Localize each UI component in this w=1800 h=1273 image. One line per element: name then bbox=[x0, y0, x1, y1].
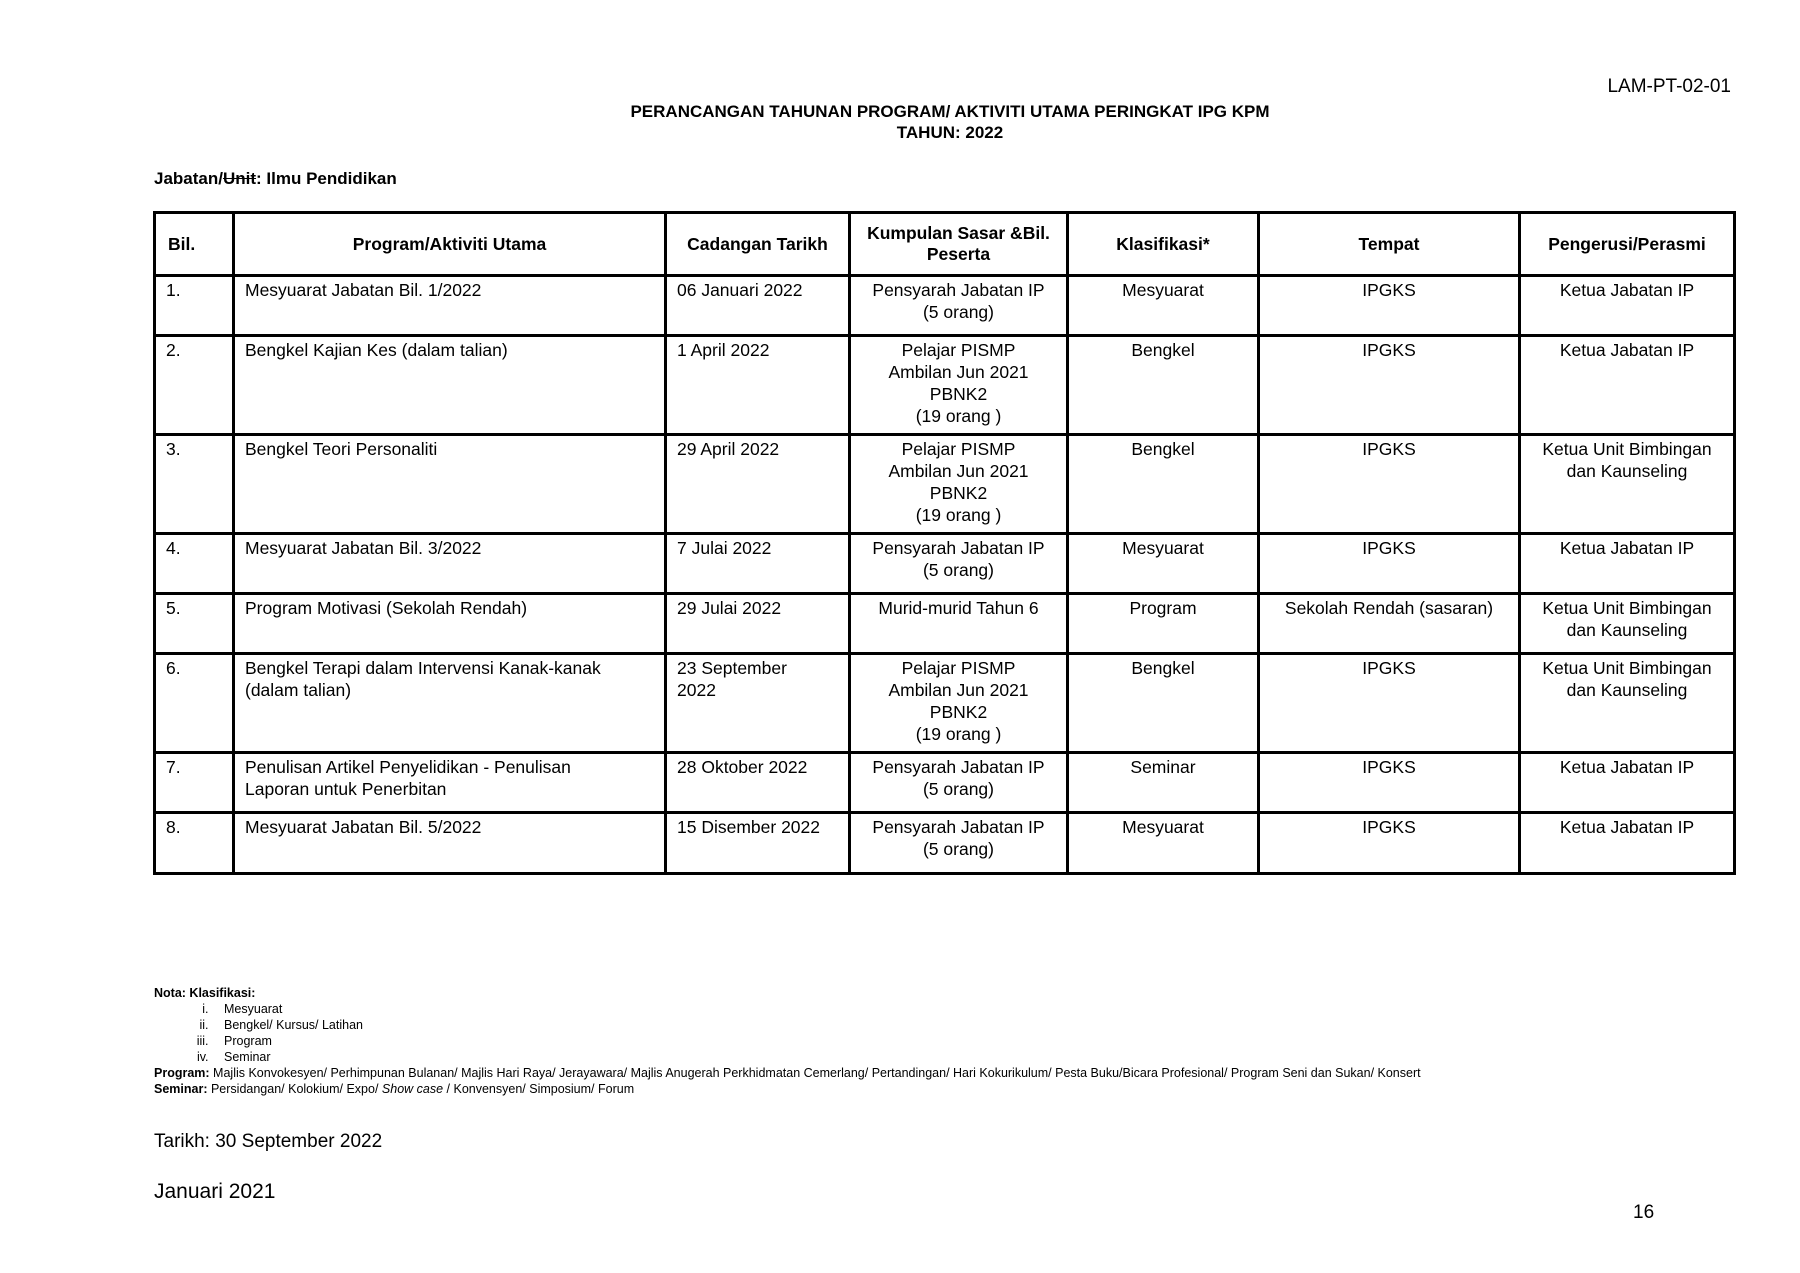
cell-line: Bengkel Teori Personaliti bbox=[245, 438, 654, 460]
cell-bil: 3. bbox=[155, 435, 234, 534]
cell-line: Pelajar PISMP bbox=[861, 339, 1056, 361]
cell-tarikh: 29 April 2022 bbox=[666, 435, 850, 534]
table-row: 8.Mesyuarat Jabatan Bil. 5/202215 Disemb… bbox=[155, 813, 1735, 874]
cell-program: Mesyuarat Jabatan Bil. 5/2022 bbox=[234, 813, 666, 874]
cell-line: (19 orang ) bbox=[861, 504, 1056, 526]
program-plan-table: Bil.Program/Aktiviti UtamaCadangan Tarik… bbox=[153, 211, 1736, 875]
cell-line: Program Motivasi (Sekolah Rendah) bbox=[245, 597, 654, 619]
cell-line: Bengkel Terapi dalam Intervensi Kanak-ka… bbox=[245, 657, 654, 679]
header-col-bil: Bil. bbox=[155, 213, 234, 276]
program-note: Program: Majlis Konvokesyen/ Perhimpunan… bbox=[154, 1065, 1421, 1081]
seminar-note-text-1: Persidangan/ Kolokium/ Expo/ bbox=[208, 1082, 382, 1096]
cell-bil: 5. bbox=[155, 594, 234, 654]
cell-pengerusi: Ketua Unit Bimbingandan Kaunseling bbox=[1520, 435, 1735, 534]
cell-line: 28 Oktober 2022 bbox=[677, 756, 838, 778]
cell-line: 2022 bbox=[677, 679, 838, 701]
cell-sasar: Pensyarah Jabatan IP(5 orang) bbox=[850, 753, 1068, 813]
cell-line: Ketua Unit Bimbingan bbox=[1531, 597, 1723, 619]
cell-klasifikasi: Mesyuarat bbox=[1068, 813, 1259, 874]
cell-line: Murid-murid Tahun 6 bbox=[861, 597, 1056, 619]
header-col-tarikh: Cadangan Tarikh bbox=[666, 213, 850, 276]
cell-program: Mesyuarat Jabatan Bil. 3/2022 bbox=[234, 534, 666, 594]
cell-klasifikasi: Bengkel bbox=[1068, 654, 1259, 753]
cell-line: Ketua Jabatan IP bbox=[1531, 279, 1723, 301]
cell-pengerusi: Ketua Jabatan IP bbox=[1520, 813, 1735, 874]
cell-sasar: Pelajar PISMPAmbilan Jun 2021PBNK2(19 or… bbox=[850, 336, 1068, 435]
cell-line: Ketua Jabatan IP bbox=[1531, 816, 1723, 838]
notes-section: Nota: Klasifikasi: MesyuaratBengkel/ Kur… bbox=[154, 985, 1421, 1097]
cell-line: 23 September bbox=[677, 657, 838, 679]
cell-line: 29 Julai 2022 bbox=[677, 597, 838, 619]
cell-sasar: Pensyarah Jabatan IP(5 orang) bbox=[850, 276, 1068, 336]
document-date: Tarikh: 30 September 2022 bbox=[154, 1131, 382, 1153]
cell-line: Bengkel Kajian Kes (dalam talian) bbox=[245, 339, 654, 361]
cell-line: Mesyuarat Jabatan Bil. 3/2022 bbox=[245, 537, 654, 559]
cell-line: (5 orang) bbox=[861, 778, 1056, 800]
seminar-note-italic: Show case bbox=[382, 1082, 443, 1096]
header-line: Kumpulan Sasar & bbox=[867, 223, 1023, 243]
cell-line: Ambilan Jun 2021 bbox=[861, 361, 1056, 383]
classification-list: MesyuaratBengkel/ Kursus/ LatihanProgram… bbox=[154, 1001, 1421, 1065]
classification-item: Bengkel/ Kursus/ Latihan bbox=[212, 1017, 1421, 1033]
cell-line: Ambilan Jun 2021 bbox=[861, 679, 1056, 701]
header-col-sasar: Kumpulan Sasar &Bil. Peserta bbox=[850, 213, 1068, 276]
table-row: 7.Penulisan Artikel Penyelidikan - Penul… bbox=[155, 753, 1735, 813]
cell-sasar: Pensyarah Jabatan IP(5 orang) bbox=[850, 534, 1068, 594]
cell-line: (dalam talian) bbox=[245, 679, 654, 701]
cell-klasifikasi: Bengkel bbox=[1068, 336, 1259, 435]
cell-line: (5 orang) bbox=[861, 301, 1056, 323]
cell-line: Laporan untuk Penerbitan bbox=[245, 778, 654, 800]
table-row: 3.Bengkel Teori Personaliti29 April 2022… bbox=[155, 435, 1735, 534]
cell-tarikh: 29 Julai 2022 bbox=[666, 594, 850, 654]
department-label-struck: Unit bbox=[223, 169, 256, 188]
seminar-note-text-2: / Konvensyen/ Simposium/ Forum bbox=[443, 1082, 634, 1096]
cell-tempat: IPGKS bbox=[1259, 276, 1520, 336]
footer-revision-date: Januari 2021 bbox=[154, 1180, 275, 1204]
cell-line: Pensyarah Jabatan IP bbox=[861, 279, 1056, 301]
cell-klasifikasi: Program bbox=[1068, 594, 1259, 654]
cell-program: Mesyuarat Jabatan Bil. 1/2022 bbox=[234, 276, 666, 336]
cell-bil: 1. bbox=[155, 276, 234, 336]
cell-line: dan Kaunseling bbox=[1531, 460, 1723, 482]
cell-line: 06 Januari 2022 bbox=[677, 279, 838, 301]
cell-pengerusi: Ketua Jabatan IP bbox=[1520, 534, 1735, 594]
cell-sasar: Pelajar PISMPAmbilan Jun 2021PBNK2(19 or… bbox=[850, 435, 1068, 534]
cell-klasifikasi: Bengkel bbox=[1068, 435, 1259, 534]
cell-klasifikasi: Seminar bbox=[1068, 753, 1259, 813]
cell-bil: 8. bbox=[155, 813, 234, 874]
cell-bil: 2. bbox=[155, 336, 234, 435]
cell-line: Mesyuarat Jabatan Bil. 5/2022 bbox=[245, 816, 654, 838]
cell-program: Bengkel Kajian Kes (dalam talian) bbox=[234, 336, 666, 435]
cell-line: 15 Disember 2022 bbox=[677, 816, 838, 838]
cell-sasar: Pelajar PISMPAmbilan Jun 2021PBNK2(19 or… bbox=[850, 654, 1068, 753]
cell-line: Ketua Jabatan IP bbox=[1531, 756, 1723, 778]
cell-program: Bengkel Terapi dalam Intervensi Kanak-ka… bbox=[234, 654, 666, 753]
cell-tempat: IPGKS bbox=[1259, 435, 1520, 534]
cell-line: 7 Julai 2022 bbox=[677, 537, 838, 559]
cell-line: 1 April 2022 bbox=[677, 339, 838, 361]
page-title: PERANCANGAN TAHUNAN PROGRAM/ AKTIVITI UT… bbox=[0, 102, 1800, 122]
cell-line: (5 orang) bbox=[861, 559, 1056, 581]
classification-item: Mesyuarat bbox=[212, 1001, 1421, 1017]
cell-tempat: IPGKS bbox=[1259, 654, 1520, 753]
cell-tempat: IPGKS bbox=[1259, 753, 1520, 813]
header-col-tempat: Tempat bbox=[1259, 213, 1520, 276]
cell-line: PBNK2 bbox=[861, 482, 1056, 504]
cell-line: dan Kaunseling bbox=[1531, 619, 1723, 641]
cell-line: Pelajar PISMP bbox=[861, 657, 1056, 679]
cell-line: dan Kaunseling bbox=[1531, 679, 1723, 701]
header-col-pengerusi: Pengerusi/Perasmi bbox=[1520, 213, 1735, 276]
cell-sasar: Murid-murid Tahun 6 bbox=[850, 594, 1068, 654]
cell-tarikh: 23 September2022 bbox=[666, 654, 850, 753]
cell-line: 29 April 2022 bbox=[677, 438, 838, 460]
cell-line: Pensyarah Jabatan IP bbox=[861, 816, 1056, 838]
cell-line: Ketua Unit Bimbingan bbox=[1531, 657, 1723, 679]
cell-program: Program Motivasi (Sekolah Rendah) bbox=[234, 594, 666, 654]
cell-klasifikasi: Mesyuarat bbox=[1068, 276, 1259, 336]
document-code: LAM-PT-02-01 bbox=[0, 76, 1731, 98]
cell-tarikh: 06 Januari 2022 bbox=[666, 276, 850, 336]
cell-bil: 7. bbox=[155, 753, 234, 813]
cell-sasar: Pensyarah Jabatan IP(5 orang) bbox=[850, 813, 1068, 874]
table-row: 1.Mesyuarat Jabatan Bil. 1/202206 Januar… bbox=[155, 276, 1735, 336]
header-col-program: Program/Aktiviti Utama bbox=[234, 213, 666, 276]
header-col-klasifikasi: Klasifikasi* bbox=[1068, 213, 1259, 276]
program-note-text: Majlis Konvokesyen/ Perhimpunan Bulanan/… bbox=[210, 1066, 1421, 1080]
cell-line: Mesyuarat Jabatan Bil. 1/2022 bbox=[245, 279, 654, 301]
cell-bil: 6. bbox=[155, 654, 234, 753]
cell-line: PBNK2 bbox=[861, 701, 1056, 723]
cell-tempat: Sekolah Rendah (sasaran) bbox=[1259, 594, 1520, 654]
table-row: 2.Bengkel Kajian Kes (dalam talian)1 Apr… bbox=[155, 336, 1735, 435]
classification-item: Program bbox=[212, 1033, 1421, 1049]
department-line: Jabatan/Unit: Ilmu Pendidikan bbox=[154, 169, 397, 189]
cell-pengerusi: Ketua Jabatan IP bbox=[1520, 336, 1735, 435]
cell-line: Pelajar PISMP bbox=[861, 438, 1056, 460]
cell-tarikh: 7 Julai 2022 bbox=[666, 534, 850, 594]
cell-line: Penulisan Artikel Penyelidikan - Penulis… bbox=[245, 756, 654, 778]
cell-tarikh: 28 Oktober 2022 bbox=[666, 753, 850, 813]
cell-program: Bengkel Teori Personaliti bbox=[234, 435, 666, 534]
cell-pengerusi: Ketua Jabatan IP bbox=[1520, 753, 1735, 813]
program-note-label: Program: bbox=[154, 1066, 210, 1080]
cell-line: Ketua Jabatan IP bbox=[1531, 339, 1723, 361]
cell-line: Ketua Jabatan IP bbox=[1531, 537, 1723, 559]
table-row: 6.Bengkel Terapi dalam Intervensi Kanak-… bbox=[155, 654, 1735, 753]
department-label-prefix: Jabatan/ bbox=[154, 169, 223, 188]
cell-line: Ambilan Jun 2021 bbox=[861, 460, 1056, 482]
page-subtitle-year: TAHUN: 2022 bbox=[0, 123, 1800, 143]
cell-line: Pensyarah Jabatan IP bbox=[861, 756, 1056, 778]
cell-line: (5 orang) bbox=[861, 838, 1056, 860]
table-row: 5.Program Motivasi (Sekolah Rendah)29 Ju… bbox=[155, 594, 1735, 654]
cell-tarikh: 15 Disember 2022 bbox=[666, 813, 850, 874]
cell-line: Ketua Unit Bimbingan bbox=[1531, 438, 1723, 460]
cell-pengerusi: Ketua Jabatan IP bbox=[1520, 276, 1735, 336]
cell-bil: 4. bbox=[155, 534, 234, 594]
seminar-note-label: Seminar: bbox=[154, 1082, 208, 1096]
page-number: 16 bbox=[1633, 1202, 1654, 1224]
cell-program: Penulisan Artikel Penyelidikan - Penulis… bbox=[234, 753, 666, 813]
cell-klasifikasi: Mesyuarat bbox=[1068, 534, 1259, 594]
cell-line: (19 orang ) bbox=[861, 723, 1056, 745]
department-label-suffix: : Ilmu Pendidikan bbox=[256, 169, 397, 188]
cell-tarikh: 1 April 2022 bbox=[666, 336, 850, 435]
cell-line: PBNK2 bbox=[861, 383, 1056, 405]
table-row: 4.Mesyuarat Jabatan Bil. 3/20227 Julai 2… bbox=[155, 534, 1735, 594]
cell-pengerusi: Ketua Unit Bimbingandan Kaunseling bbox=[1520, 594, 1735, 654]
table-header-row: Bil.Program/Aktiviti UtamaCadangan Tarik… bbox=[155, 213, 1735, 276]
cell-line: (19 orang ) bbox=[861, 405, 1056, 427]
cell-tempat: IPGKS bbox=[1259, 813, 1520, 874]
cell-tempat: IPGKS bbox=[1259, 336, 1520, 435]
notes-title: Nota: Klasifikasi: bbox=[154, 985, 1421, 1001]
classification-item: Seminar bbox=[212, 1049, 1421, 1065]
cell-pengerusi: Ketua Unit Bimbingandan Kaunseling bbox=[1520, 654, 1735, 753]
seminar-note: Seminar: Persidangan/ Kolokium/ Expo/ Sh… bbox=[154, 1081, 1421, 1097]
cell-line: Pensyarah Jabatan IP bbox=[861, 537, 1056, 559]
cell-tempat: IPGKS bbox=[1259, 534, 1520, 594]
